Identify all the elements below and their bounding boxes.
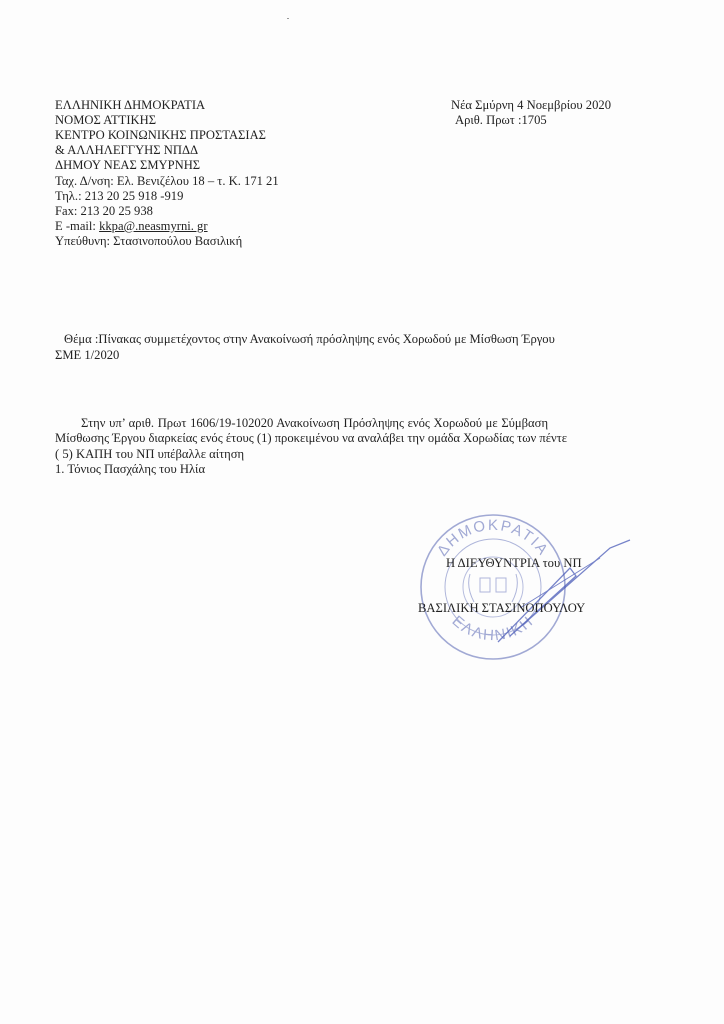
body-line-2: Μίσθωσης Έργου διαρκείας ενός έτους (1) … [55,431,567,446]
subject-line-2: ΣΜΕ 1/2020 [55,348,119,363]
organization-line: ΚΕΝΤΡΟ ΚΟΙΝΩΝΙΚΗΣ ΠΡΟΣΤΑΣΙΑΣ [55,128,266,143]
email-line: E -mail: kkpa@.neasmyrni. gr [55,219,208,234]
body-line-1: Στην υπ’ αριθ. Πρωτ 1606/19-102020 Ανακο… [81,416,548,431]
document-page: ΕΛΛΗΝΙΚΗ ΔΗΜΟΚΡΑΤΙΑ ΝΟΜΟΣ ΑΤΤΙΚΗΣ ΚΕΝΤΡΟ… [0,0,724,1024]
country-line: ΕΛΛΗΝΙΚΗ ΔΗΜΟΚΡΑΤΙΑ [55,98,205,113]
protocol-number: Αριθ. Πρωτ :1705 [455,113,547,128]
subject-line-1: Θέμα :Πίνακας συμμετέχοντος στην Ανακοίν… [64,332,555,347]
prefecture-line: ΝΟΜΟΣ ΑΤΤΙΚΗΣ [55,113,156,128]
municipality-line: ΔΗΜΟΥ ΝΕΑΣ ΣΜΥΡΝΗΣ [55,158,200,173]
email-label: E -mail: [55,219,99,233]
organization-line-2: & ΑΛΛΗΛΕΓΓΥΗΣ ΝΠΔΔ [55,143,198,158]
scan-speck [287,18,289,19]
signature-scribble-icon [490,538,640,648]
place-date: Νέα Σμύρνη 4 Νοεμβρίου 2020 [451,98,611,113]
phone-line: Τηλ.: 213 20 25 918 -919 [55,189,183,204]
body-line-3: ( 5) ΚΑΠΗ του ΝΠ υπέβαλλε αίτηση [55,447,244,462]
address-line: Ταχ. Δ/νση: Ελ. Βενιζέλου 18 – τ. Κ. 171… [55,174,279,189]
responsible-line: Υπεύθυνη: Στασινοπούλου Βασιλική [55,234,242,249]
fax-line: Fax: 213 20 25 938 [55,204,153,219]
signatory-name: ΒΑΣΙΛΙΚΗ ΣΤΑΣΙΝΟΠΟΥΛΟΥ [418,601,585,616]
signature-title: Η ΔΙΕΥΘΥΝΤΡΙΑ του ΝΠ [446,556,582,571]
email-link[interactable]: kkpa@.neasmyrni. gr [99,219,207,233]
applicant-item: 1. Τόνιος Πασχάλης του Ηλία [55,462,205,477]
